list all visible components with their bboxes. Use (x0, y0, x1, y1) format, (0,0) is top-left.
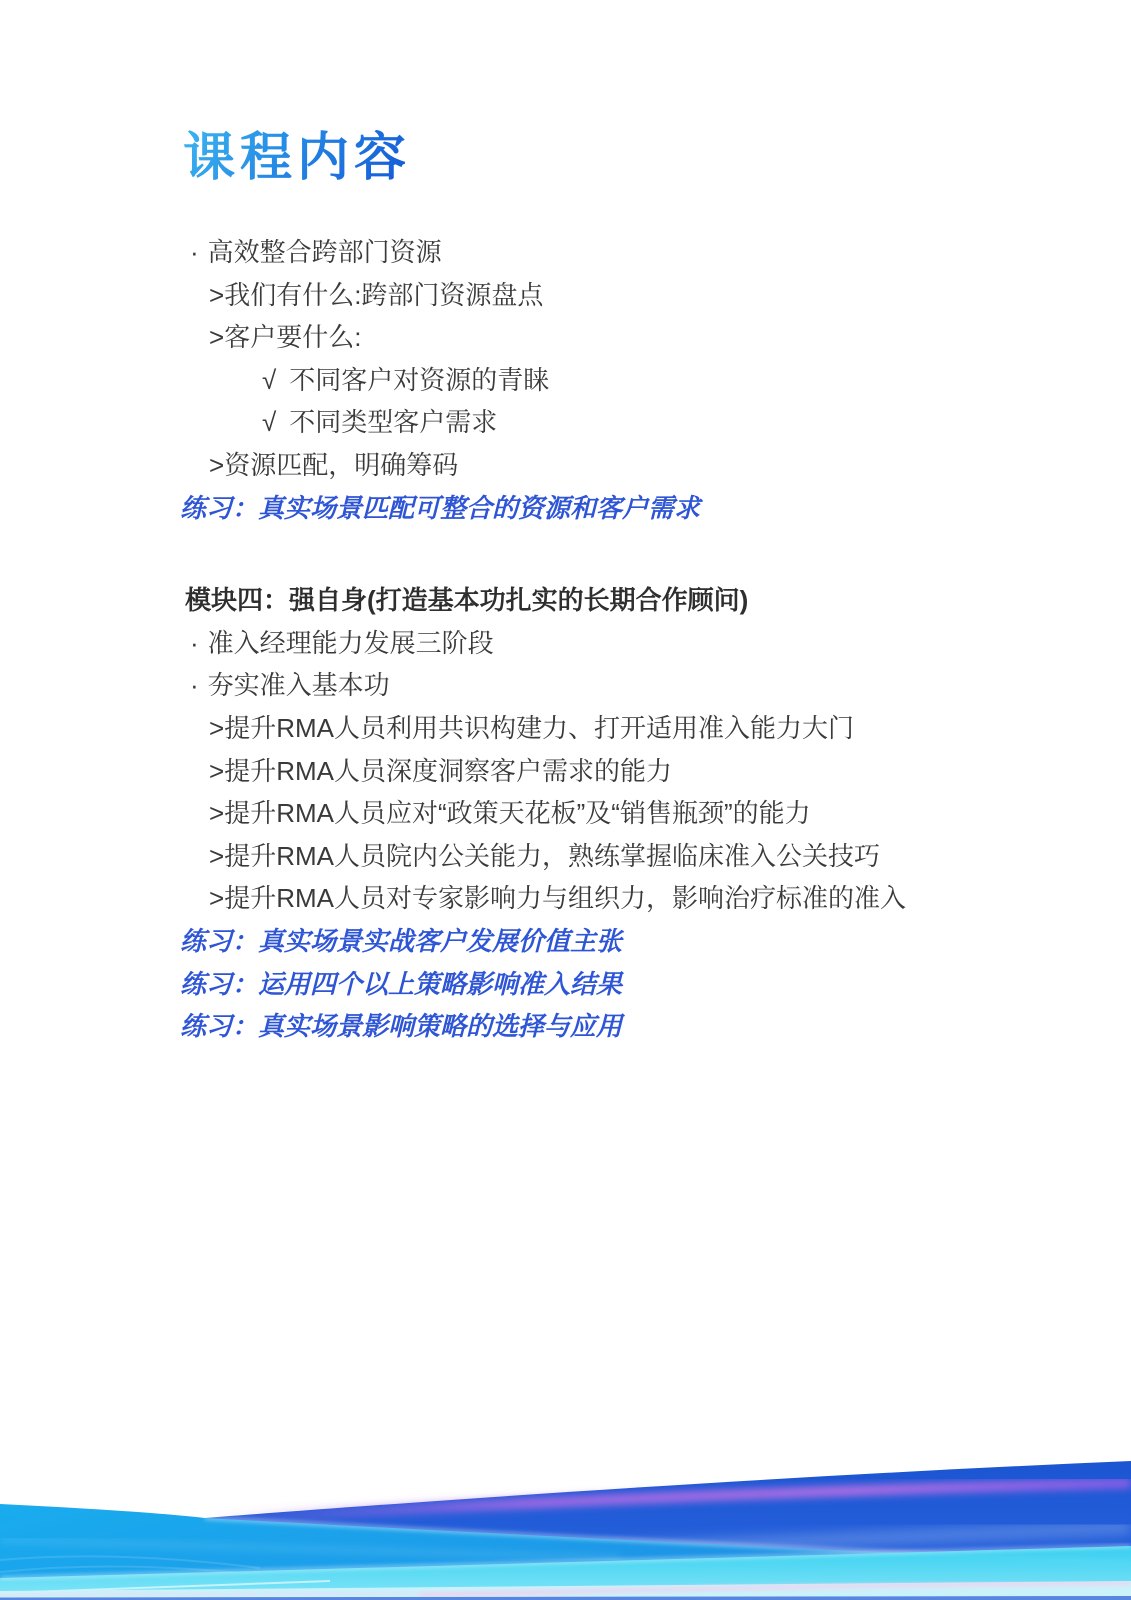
outline-item-text: 提升RMA人员深度洞察客户需求的能力 (224, 756, 672, 786)
course-outline: ·高效整合跨部门资源 >我们有什么:跨部门资源盘点 >客户要什么: √不同客户对… (180, 231, 906, 1048)
gt-marker: > (209, 444, 224, 487)
outline-item-text: 提升RMA人员对专家影响力与组织力，影响治疗标准的准入 (224, 883, 906, 913)
section-gap (180, 529, 906, 579)
outline-item: ·夯实准入基本功 (180, 664, 906, 707)
outline-item: >我们有什么:跨部门资源盘点 (180, 274, 906, 317)
outline-item-text: 准入经理能力发展三阶段 (208, 628, 494, 658)
gt-marker: > (209, 835, 224, 878)
bottom-wave-decoration (0, 1400, 1131, 1600)
gt-marker: > (209, 877, 224, 920)
course-content-page: 课程内容 ·高效整合跨部门资源 >我们有什么:跨部门资源盘点 >客户要什么: √… (0, 0, 1131, 1600)
gt-marker: > (209, 792, 224, 835)
outline-item-text: 提升RMA人员利用共识构建力、打开适用准入能力大门 (224, 713, 854, 743)
outline-item: √不同客户对资源的青睐 (180, 359, 906, 402)
outline-item: >提升RMA人员对专家影响力与组织力，影响治疗标准的准入 (180, 877, 906, 920)
outline-item-text: 高效整合跨部门资源 (208, 237, 442, 267)
gt-marker: > (209, 750, 224, 793)
outline-item: >资源匹配，明确筹码 (180, 444, 906, 487)
outline-item: >提升RMA人员院内公关能力，熟练掌握临床准入公关技巧 (180, 835, 906, 878)
bullet-dot: · (190, 231, 199, 274)
exercise-note: 练习：真实场景实战客户发展价值主张 (180, 920, 906, 963)
page-title: 课程内容 (183, 130, 411, 187)
bullet-dot: · (190, 622, 199, 665)
outline-item-text: 不同客户对资源的青睐 (289, 365, 549, 395)
outline-item-text: 资源匹配，明确筹码 (224, 450, 458, 480)
outline-item-text: 提升RMA人员院内公关能力，熟练掌握临床准入公关技巧 (224, 841, 880, 871)
exercise-note: 练习：运用四个以上策略影响准入结果 (180, 963, 906, 1006)
outline-item: ·高效整合跨部门资源 (180, 231, 906, 274)
outline-item-text: 夯实准入基本功 (208, 670, 390, 700)
exercise-text: 练习：运用四个以上策略影响准入结果 (180, 969, 622, 999)
exercise-note: 练习：真实场景匹配可整合的资源和客户需求 (180, 487, 906, 530)
bullet-dot: · (190, 664, 199, 707)
outline-item: ·准入经理能力发展三阶段 (180, 622, 906, 665)
exercise-text: 练习：真实场景匹配可整合的资源和客户需求 (180, 493, 700, 523)
outline-item: >提升RMA人员应对“政策天花板”及“销售瓶颈”的能力 (180, 792, 906, 835)
outline-item-text: 客户要什么: (224, 322, 361, 352)
gt-marker: > (209, 274, 224, 317)
outline-item-text: 我们有什么:跨部门资源盘点 (224, 280, 543, 310)
outline-item-text: 提升RMA人员应对“政策天花板”及“销售瓶颈”的能力 (224, 798, 810, 828)
check-marker: √ (262, 359, 276, 402)
outline-item: >提升RMA人员深度洞察客户需求的能力 (180, 750, 906, 793)
outline-item: >提升RMA人员利用共识构建力、打开适用准入能力大门 (180, 707, 906, 750)
module-heading: 模块四：强自身(打造基本功扎实的长期合作顾问) (180, 579, 906, 622)
exercise-note: 练习：真实场景影响策略的选择与应用 (180, 1005, 906, 1048)
exercise-text: 练习：真实场景实战客户发展价值主张 (180, 926, 622, 956)
outline-item: >客户要什么: (180, 316, 906, 359)
exercise-text: 练习：真实场景影响策略的选择与应用 (180, 1011, 622, 1041)
outline-item: √不同类型客户需求 (180, 401, 906, 444)
gt-marker: > (209, 707, 224, 750)
gt-marker: > (209, 316, 224, 359)
outline-item-text: 不同类型客户需求 (289, 407, 497, 437)
check-marker: √ (262, 401, 276, 444)
